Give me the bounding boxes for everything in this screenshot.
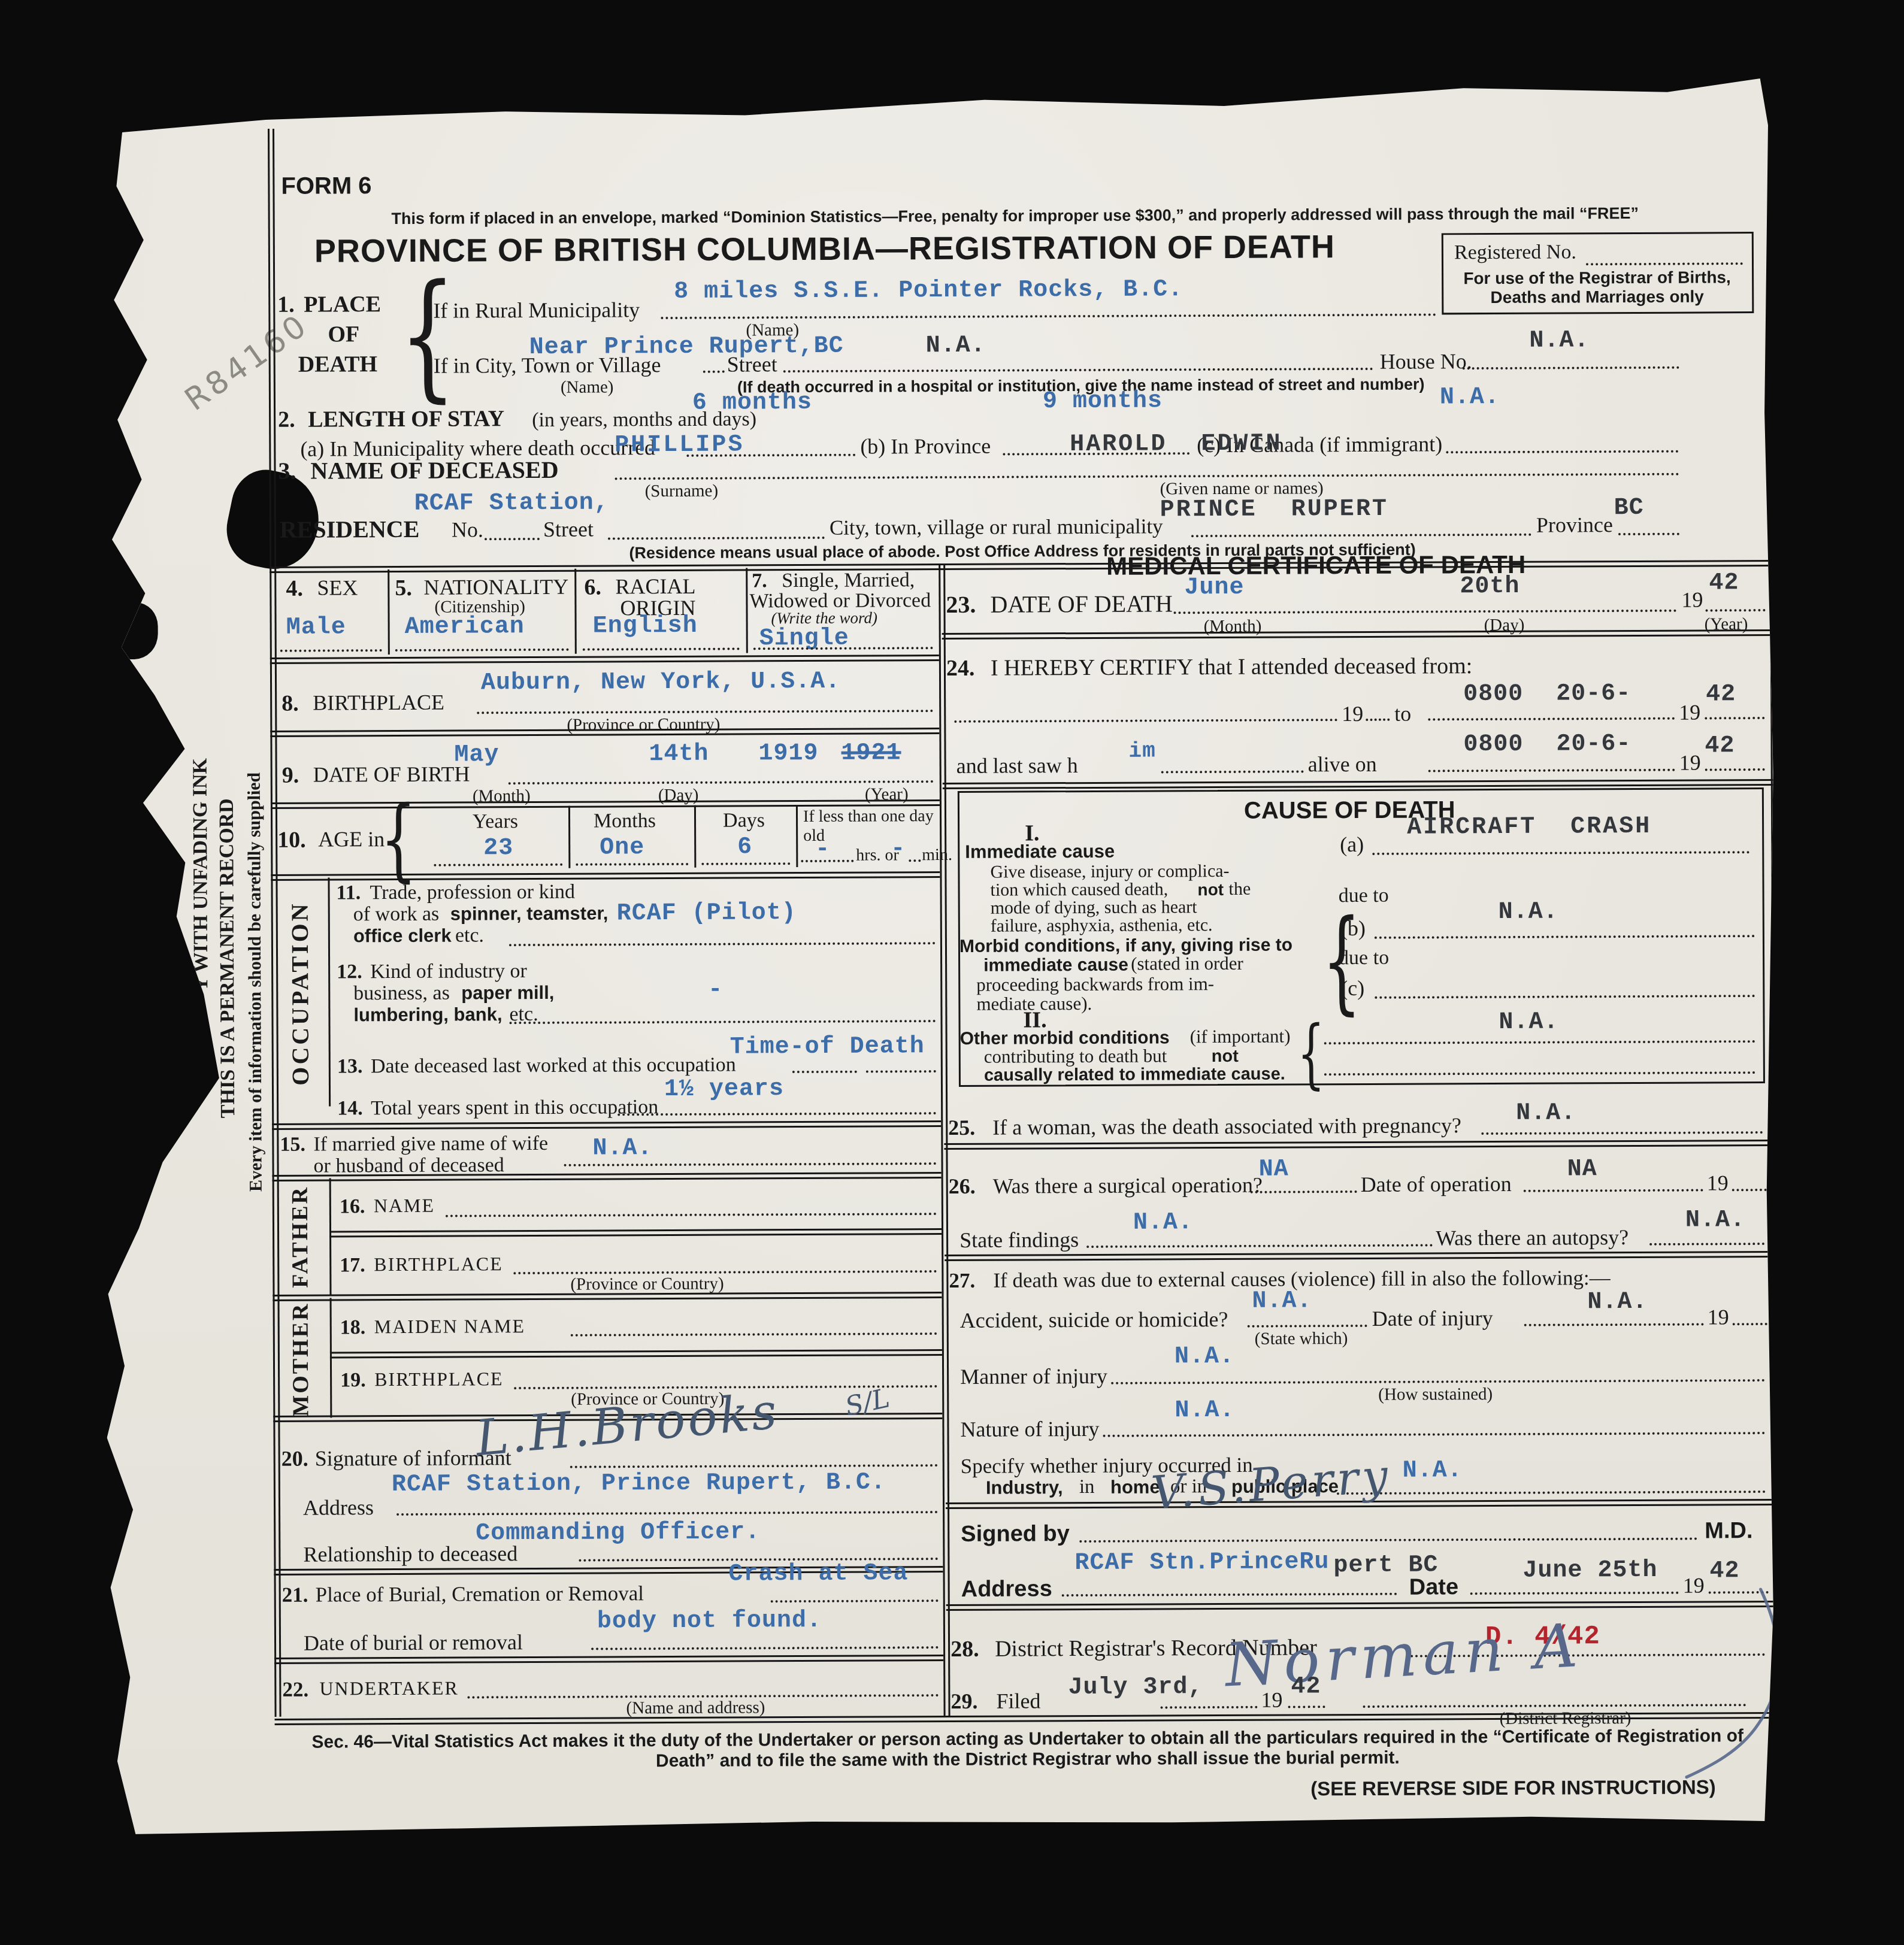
age-brace: { [380,795,417,885]
dotted-line [866,1070,936,1073]
s14-value: 1½ years [664,1077,784,1102]
dotted-line [703,371,725,373]
dotted-line [783,368,1373,372]
s5-number: 5. [395,577,412,601]
s2-a-value: 6 months [692,390,812,416]
s15-number: 15. [280,1134,305,1156]
signed-address-label: Address [961,1577,1052,1602]
s25-label: If a woman, was the death associated wit… [992,1114,1461,1139]
cause-b-label: (b) [1340,917,1366,940]
dotted-line [801,860,853,862]
cause-a-label: (a) [1340,834,1364,856]
dotted-line [396,1511,938,1516]
dotted-line [564,1162,937,1167]
dotted-line [1079,1538,1697,1543]
s2-label: LENGTH OF STAY [308,407,504,432]
signed-date-label: Date [1409,1576,1459,1599]
s26-findings-value: N.A. [1133,1210,1193,1235]
s29-19: 19 [1261,1689,1282,1712]
s9-year-struck: 1921 [841,741,901,766]
s1-label-death: DEATH [298,353,378,377]
s12-l2a: business, as [353,983,450,1004]
s1-house-label: House No. [1380,350,1472,373]
s10-years-header: Years [473,811,518,832]
dotted-line [513,1270,937,1274]
cause-morbid2b: (stated in order [1131,954,1243,974]
s22-sub: (Name and address) [626,1698,765,1717]
dotted-line [434,864,562,867]
s16-label: NAME [374,1196,435,1216]
dotted-line [1446,450,1678,454]
age-divider [796,805,798,867]
cause-morbid3: proceeding backwards from im- [976,974,1214,995]
s24-19c: 19 [1679,752,1701,775]
s27-specify2-industry: Industry, [986,1478,1063,1498]
signed-address-blue: RCAF Stn.PrinceRu [1074,1550,1329,1576]
s27-19: 19 [1708,1306,1729,1329]
s13-value: Time-of Death [730,1034,925,1060]
s3-surname-value: PHILLIPS [615,432,744,458]
section-rule [272,1120,941,1130]
s19-number: 19. [340,1370,366,1391]
s1-number: 1. [277,293,295,317]
registered-no-box: Registered No. For use of the Registrar … [1442,232,1754,314]
box-divider [388,569,390,655]
s22-label: UNDERTAKER [319,1679,459,1699]
s10-min-label: min. [922,846,952,864]
s3-label: NAME OF DECEASED [310,458,558,484]
s3-street-label: Street [543,519,594,541]
s24-last-year: 42 [1705,734,1735,759]
s26-findings-label: State findings [959,1229,1079,1252]
dotted-line [1618,533,1679,535]
dotted-line [509,942,936,946]
s3-given-sub: (Given name or names) [1160,479,1324,498]
s24-label: I HEREBY CERTIFY that I attended decease… [991,655,1472,680]
dotted-line [792,1071,857,1073]
s9-year-value: 1919 [758,741,818,767]
s24-last-value: 0800 20-6- [1463,732,1631,758]
s1-label-place: PLACE [304,293,381,317]
photo-background: { "colors":{"paper":"#e9e6df","ink":"#1a… [0,0,1904,1945]
dotted-line [1481,1131,1763,1135]
s21-number: 21. [282,1585,308,1607]
dotted-line [1649,1243,1764,1246]
s18-label: MAIDEN NAME [374,1316,525,1337]
margin-note-permanent-record: THIS IS A PERMANENT RECORD [216,683,240,1234]
s24-19b: 19 [1679,702,1700,725]
s17-number: 17. [340,1255,365,1276]
cause-expl2c: the [1228,880,1251,899]
s23-year-value: 42 [1709,571,1739,596]
s13-number: 13. [337,1056,363,1077]
s28-number: 28. [951,1638,979,1662]
dotted-line [954,719,1337,723]
s11-l2b: spinner, teamster, [450,904,609,924]
dotted-line [615,473,1680,480]
page-title: PROVINCE OF BRITISH COLUMBIA—REGISTRATIO… [314,230,1335,268]
footer-reverse-note: (SEE REVERSE SIDE FOR INSTRUCTIONS) [1310,1777,1716,1799]
s9-number: 9. [282,764,299,788]
s10-days-value: 6 [737,835,752,860]
s3-prov-value: BC [1614,496,1644,521]
registered-no-note2: Deaths and Marriages only [1446,287,1748,307]
dotted-line [1524,1189,1703,1192]
s16-number: 16. [340,1196,365,1217]
s29-date-value: July 3rd, [1068,1675,1203,1701]
section-rule [945,1251,1776,1261]
s26-value: NA [1259,1158,1289,1183]
s21-label: Place of Burial, Cremation or Removal [316,1583,644,1606]
signed-date-value: June 25th [1522,1558,1657,1584]
dotted-line [1428,769,1675,772]
s17-label: BIRTHPLACE [374,1254,503,1275]
form-number: FORM 6 [281,173,371,199]
dotted-line [1191,534,1531,537]
dotted-line [1586,262,1743,265]
s10-months-header: Months [594,810,656,832]
dotted-line [508,780,934,784]
s14-label: Total years spent in this occupation [371,1096,658,1119]
dotted-line [571,1332,937,1337]
s2-number: 2. [278,408,295,432]
inner-rule [330,1349,942,1358]
cause-expl1: Give disease, injury or complica- [990,862,1229,881]
s10-label: AGE in [318,828,385,851]
s24-last2: alive on [1308,753,1377,776]
cause-expl2b: not [1197,881,1224,899]
s7-label1: Single, Married, [782,569,915,592]
s25-number: 25. [948,1117,975,1140]
s8-label: BIRTHPLACE [313,692,444,715]
s11-l3b: etc. [455,925,484,946]
s10-years-value: 23 [483,836,513,861]
dotted-line [661,313,1436,319]
s27-manner-value: N.A. [1175,1344,1234,1370]
form-left-border [268,129,281,1717]
s11-l1: Trade, profession or kind [370,881,575,904]
s29-sub: (District Registrar) [1500,1709,1631,1728]
form-right-border [1768,143,1781,1710]
dotted-line [1463,366,1679,370]
s21-date-label: Date of burial or removal [304,1631,523,1655]
age-divider [694,805,696,868]
column-divider [939,563,950,1716]
box-divider [574,569,577,654]
s18-number: 18. [340,1317,366,1338]
s5-value: American [405,614,525,640]
dotted-line [608,537,825,540]
cause-expl4: failure, asphyxia, asthenia, etc. [991,916,1213,935]
cause-ii-value: N.A. [1499,1010,1558,1035]
s22-number: 22. [282,1679,308,1701]
place-brace: { [399,267,456,405]
s23-19: 19 [1681,589,1703,611]
s12-l1: Kind of industry or [370,961,527,983]
s19-label: BIRTHPLACE [374,1369,504,1390]
inner-rule [329,1228,942,1237]
dotted-line [1524,1323,1704,1326]
s1-street-value: N.A. [926,334,986,359]
s10-number: 10. [277,829,306,853]
s24-number: 24. [946,657,975,681]
section-rule [942,629,1773,640]
s23-day-value: 20th [1460,574,1519,599]
s2-b-value: 9 months [1043,389,1163,414]
s27-manner-label: Manner of injury [960,1365,1107,1389]
section-rule [271,871,940,881]
md-label: M.D. [1705,1519,1752,1543]
cause-other2a: contributing to death but [984,1046,1167,1067]
s12-number: 12. [337,961,362,983]
dotted-line [1062,1593,1397,1596]
s27-injury-label: Date of injury [1372,1307,1493,1331]
dotted-line [446,1213,937,1217]
s26-date-value: NA [1567,1157,1597,1182]
s27-accident-value: N.A. [1252,1289,1312,1314]
other-brace: { [1297,1016,1325,1092]
s8-number: 8. [281,692,299,716]
dotted-line [1161,770,1304,773]
s13-label: Date deceased last worked at this occupa… [371,1055,736,1077]
occupation-vertical-label: OCCUPATION [287,883,313,1104]
dotted-line [1103,1432,1766,1437]
s27-accident-label: Accident, suicide or homicide? [960,1308,1228,1332]
s9-label: DATE OF BIRTH [313,763,470,786]
s12-value: - [708,978,723,1003]
s29-number: 29. [951,1690,977,1713]
s20-address-label: Address [303,1496,374,1519]
cause-a-value: AIRCRAFT CRASH [1407,814,1651,841]
dotted-line [1337,1490,1766,1495]
s1-rural-label: If in Rural Municipality [433,299,640,322]
s21-value: Crash at Sea [728,1561,908,1587]
s26-autopsy-value: N.A. [1685,1208,1745,1233]
s26-label: Was there a surgical operation? [993,1174,1263,1198]
cause-b-value: N.A. [1499,900,1558,925]
s4-number: 4. [286,577,303,601]
dotted-line [280,649,382,652]
margin-note-information: Every item of information should be care… [244,659,266,1305]
s6-number: 6. [584,576,601,600]
s26-date-label: Date of operation [1361,1173,1512,1196]
registered-no-label: Registered No. [1454,241,1576,263]
age-divider [568,806,570,868]
s1-street-label: Street [727,353,777,376]
cause-other1b: (if important) [1190,1026,1291,1046]
s10-hrs-value: - [815,837,830,862]
s24-last1: and last saw h [956,755,1078,778]
dotted-line [1705,768,1765,771]
cause-other2b: not [1212,1047,1239,1066]
s27-state-which: (State which) [1255,1329,1348,1348]
s27-how-sustained: (How sustained) [1378,1385,1493,1404]
dotted-line [1251,1190,1357,1193]
dotted-line [909,859,921,862]
s3-no-label: No. [452,519,483,541]
section-rule [944,1140,1775,1150]
s20-number: 20. [281,1448,308,1471]
dotted-line [1288,1705,1325,1708]
mother-vertical-label: MOTHER [289,1302,314,1417]
s1-house-value: N.A. [1529,328,1589,353]
s7-number: 7. [752,570,767,592]
dotted-line [591,1646,939,1650]
section-rule [274,1655,943,1664]
s3-given-value: HAROLD EDWIN [1070,432,1282,458]
handwritten-file-number: R84160 [180,308,315,417]
s26-19: 19 [1707,1172,1729,1195]
dotted-line [485,538,540,540]
s27-number: 27. [949,1270,975,1292]
s24-fill: im [1128,740,1155,762]
s1-city-sub: (Name) [561,378,614,396]
dotted-line [1705,717,1764,719]
registrar-signature: Norman A [1224,1614,1585,1697]
dotted-line [1428,717,1675,721]
dotted-line [1111,1379,1765,1384]
s27-nature-value: N.A. [1175,1398,1234,1423]
paper-hole [105,602,158,659]
s20-label: Signature of informant [315,1447,511,1470]
s3-city-label: City, town, village or rural municipalit… [830,516,1163,539]
dotted-line [395,649,569,652]
s11-number: 11. [336,882,361,904]
dotted-line [1733,1323,1767,1325]
s15-l1: If married give name of wife [313,1133,548,1155]
informant-signature: L.H.Brooks [474,1386,782,1465]
dotted-line [510,1020,936,1024]
s20-relationship-label: Relationship to deceased [303,1543,517,1566]
s4-label: SEX [317,577,358,599]
s24-to-year: 42 [1706,682,1736,707]
s5-label: NATIONALITY [423,576,568,599]
s17-sub: (Province or Country) [570,1275,724,1294]
margin-note-unfading-ink: Y WITH UNFADING INK [189,707,212,1042]
s4-value: Male [286,615,346,640]
s24-to: to [1394,703,1411,726]
registered-no-note: For use of the Registrar of Births, [1446,268,1748,287]
s21-date-value: body not found. [597,1608,822,1635]
dotted-line [1248,1325,1367,1328]
s3-number: 3. [278,459,296,484]
dotted-line [701,862,790,865]
box-divider [746,568,748,653]
cause-morbid2a: immediate cause [983,956,1128,975]
cause-immediate-label: Immediate cause [965,842,1115,862]
cause-other3: causally related to immediate cause. [984,1065,1285,1085]
cause-due2: due to [1339,947,1389,969]
s29-label: Filed [996,1690,1040,1713]
dotted-line [1161,1706,1258,1709]
dotted-line [771,1599,939,1602]
s2-c-value: N.A. [1440,385,1500,410]
s9-day-value: 14th [649,742,709,767]
dotted-line [1086,1244,1433,1248]
s15-value: N.A. [592,1136,652,1161]
s20-address-value: RCAF Station, Prince Rupert, B.C. [392,1470,886,1498]
s11-value: RCAF (Pilot) [617,901,797,926]
s3-street-value: RCAF Station, [414,490,609,516]
s27-nature-label: Nature of injury [960,1418,1099,1441]
dotted-line [1732,1189,1767,1191]
dotted-line [753,647,933,650]
s3-prov-label: Province [1536,514,1613,537]
s12-l3a: lumbering, bank, [353,1005,502,1025]
s11-l2a: of work as [353,904,440,925]
s26-autopsy-label: Was there an autopsy? [1436,1226,1628,1250]
s24-19a: 19 [1342,703,1363,726]
s23-label: DATE OF DEATH [990,591,1173,617]
group-divider [328,877,331,1106]
mail-notice: This form if placed in an envelope, mark… [284,204,1746,228]
s2-b-label: (b) In Province [860,435,991,459]
s14-number: 14. [337,1098,363,1119]
dotted-line [576,863,688,866]
section-rule [270,655,939,664]
dotted-line [1174,610,1677,614]
dotted-line [477,710,933,714]
s8-value: Auburn, New York, U.S.A. [481,669,840,696]
s26-number: 26. [949,1176,976,1198]
dotted-line [1706,609,1766,611]
s23-number: 23. [946,592,976,617]
s3-city-value: PRINCE RUPERT [1160,497,1388,523]
s10-months-value: One [600,835,644,861]
s7-sub: (Write the word) [771,609,878,626]
cause-expl3: mode of dying, such as heart [991,898,1197,917]
s6-label1: RACIAL [615,575,695,598]
s23-month-value: June [1184,575,1244,601]
s25-value: N.A. [1516,1101,1576,1126]
s27-specify2-in: in [1079,1477,1095,1498]
s1-city-value: Near Prince Rupert,BC [529,334,844,360]
s29-year: 42 [1291,1674,1321,1699]
section-rule [270,728,939,737]
dotted-line [1366,719,1390,721]
s12-l2b: paper mill, [461,983,554,1003]
section-rule [273,1292,942,1301]
signed-by-label: Signed by [961,1522,1070,1547]
s11-l3a: office clerk [353,926,452,946]
s3-residence-label: RESIDENCE [280,517,420,543]
signed-year: 42 [1709,1559,1739,1584]
dotted-line [570,1464,938,1468]
cause-c-label: (c) [1340,977,1364,1000]
s20-relationship-value: Commanding Officer. [476,1520,760,1546]
dotted-line [617,1112,936,1116]
s1-label-of: OF [328,323,359,347]
death-registration-form: R84160 Y WITH UNFADING INK THIS IS A PER… [86,53,1807,1848]
father-vertical-label: FATHER [289,1181,313,1293]
s10-days-header: Days [723,810,765,831]
dotted-line [583,648,740,651]
s1-rural-value: 8 miles S.S.E. Pointer Rocks, B.C. [674,277,1183,305]
s3-surname-sub: (Surname) [645,482,719,501]
s10-hrs-label: hrs. or [856,846,899,864]
cause-expl2a: tion which caused death, [990,880,1168,899]
s27-specify-value: N.A. [1403,1458,1463,1483]
s6-value: English [593,614,698,640]
s24-to-value: 0800 20-6- [1463,681,1631,707]
s27-injury-value: N.A. [1587,1290,1647,1315]
